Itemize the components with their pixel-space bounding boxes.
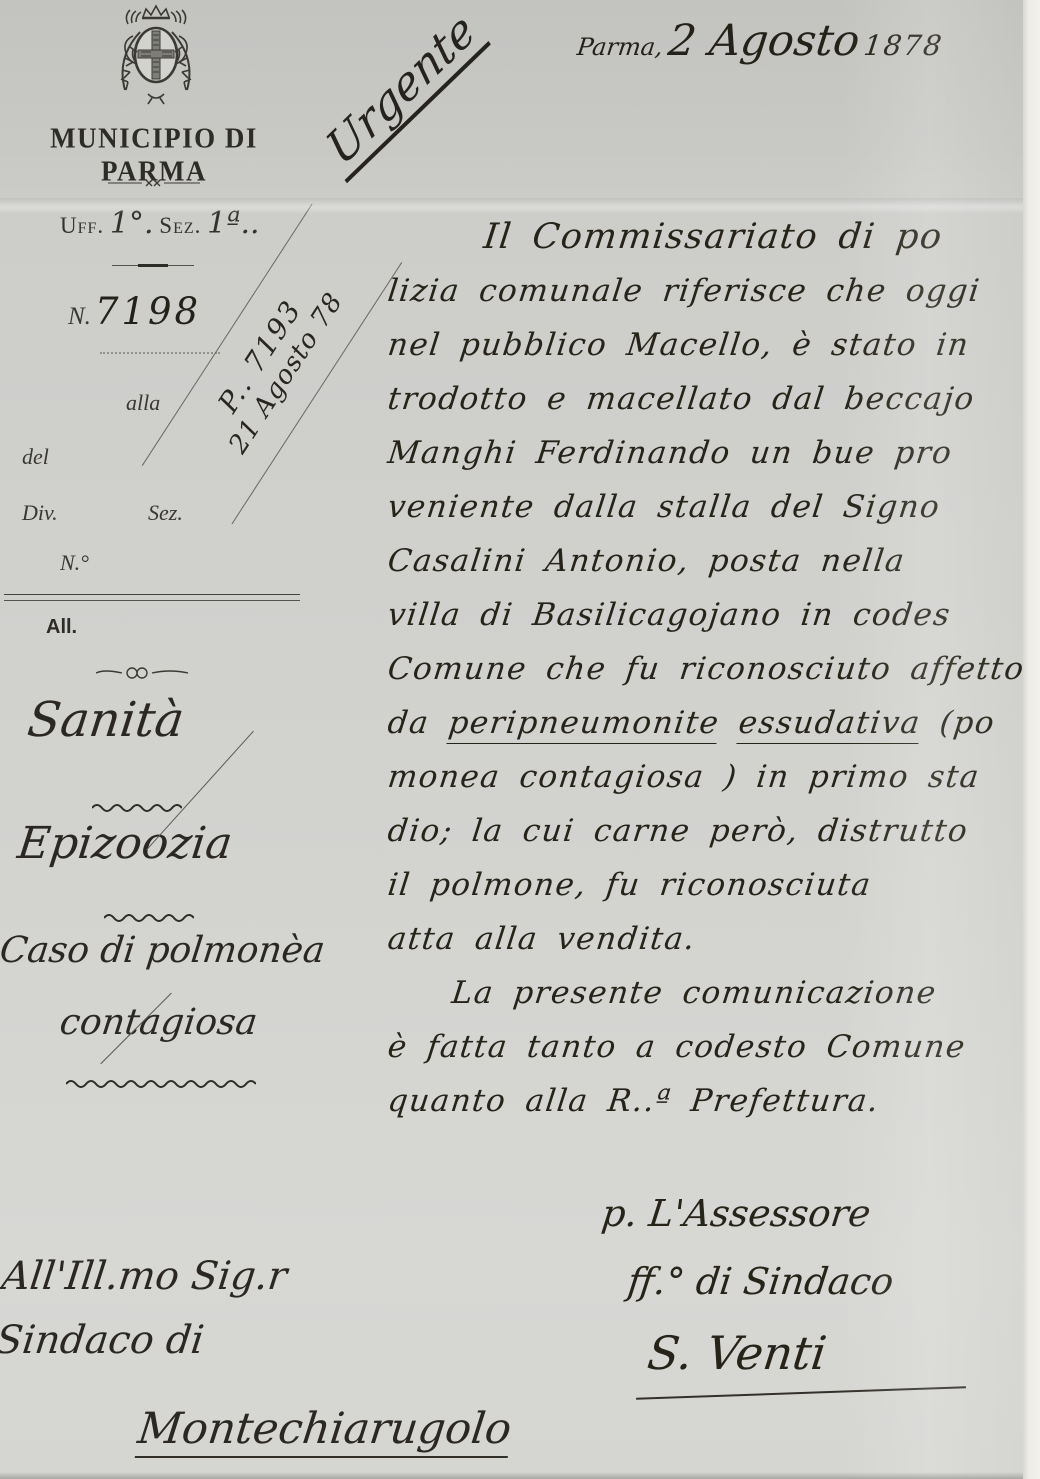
body-line: atta alla vendita. bbox=[385, 912, 1040, 966]
dateline: Parma, 2 Agosto 1878 bbox=[575, 16, 947, 66]
office-section-row: Uff. 1°. Sez. 1ª.. bbox=[60, 206, 260, 241]
ref-field-alla: alla bbox=[126, 390, 160, 416]
body-text-segment: monea contagiosa ) in primo sta bbox=[386, 759, 982, 795]
body-text-segment: Casalini Antonio, posta nella bbox=[386, 543, 908, 579]
ref-field-sez: Sez. bbox=[148, 500, 183, 526]
subject-underline-squiggle-icon bbox=[92, 800, 182, 818]
body-text-segment: nel pubblico Macello, è stato in bbox=[386, 327, 972, 363]
protocol-dotted-rule bbox=[100, 352, 220, 354]
subject-divider-ornament-icon bbox=[96, 666, 188, 685]
protocol-label: N. bbox=[68, 303, 91, 330]
ref-field-del: del bbox=[22, 444, 49, 470]
scanned-letter-page: MUNICIPIO DI PARMA Uff. 1°. Sez. 1ª.. N.… bbox=[0, 0, 1040, 1479]
body-line: nel pubblico Macello, è stato in bbox=[385, 318, 1040, 372]
body-text-segment: è fatta tanto a codesto Comune bbox=[386, 1029, 968, 1065]
body-text-segment: lizia comunale riferisce che oggi bbox=[386, 273, 983, 309]
body-text-segment: Manghi Ferdinando un bue pro bbox=[386, 435, 955, 471]
body-line: dio; la cui carne però, distrutto bbox=[385, 804, 1040, 858]
body-line: Comune che fu riconosciuto affetto bbox=[385, 642, 1040, 696]
body-underlined-term: essudativa bbox=[736, 705, 923, 744]
body-text-segment: il polmone, fu riconosciuta bbox=[386, 867, 874, 903]
urgent-annotation: Urgente bbox=[313, 0, 491, 183]
body-line: da peripneumonite essudativa (po bbox=[385, 696, 1040, 750]
body-line: lizia comunale riferisce che oggi bbox=[385, 264, 1040, 318]
body-line: Il Commissariato di po bbox=[385, 210, 1040, 264]
ref-field-div: Div. bbox=[22, 500, 58, 526]
dateline-place: Parma, bbox=[576, 33, 665, 61]
body-line: quanto alla R..ª Prefettura. bbox=[385, 1074, 1040, 1128]
registry-annotation: P.. 7193 21 Agosto 78 bbox=[142, 204, 403, 524]
subject-line-epizoozia: Epizoozia bbox=[15, 818, 235, 869]
signature-role-line: p. L'Assessore bbox=[599, 1192, 873, 1235]
uff-value: 1°. bbox=[110, 206, 154, 241]
signature-name: S. Venti bbox=[645, 1326, 830, 1380]
subject-underline-squiggle-icon bbox=[104, 910, 194, 928]
uff-label: Uff. bbox=[60, 213, 104, 238]
subject-line-caso: Caso di polmonèa bbox=[0, 930, 327, 971]
dateline-day-month: 2 Agosto bbox=[666, 16, 863, 66]
body-line: villa di Basilicagojano in codes bbox=[385, 588, 1040, 642]
body-text-segment: La presente comunicazione bbox=[450, 975, 939, 1011]
body-line: monea contagiosa ) in primo sta bbox=[385, 750, 1040, 804]
scan-bottom-edge bbox=[0, 1472, 1023, 1479]
body-text-segment: Il Commissariato di po bbox=[482, 217, 946, 257]
sez-label: Sez. bbox=[159, 213, 201, 238]
body-line: veniente dalla stalla del Signo bbox=[385, 480, 1040, 534]
signature-flourish-underline bbox=[636, 1386, 966, 1400]
body-line: Casalini Antonio, posta nella bbox=[385, 534, 1040, 588]
body-text-segment: quanto alla R..ª Prefettura. bbox=[386, 1083, 882, 1119]
ref-field-n: N.° bbox=[60, 550, 89, 576]
body-underlined-term: peripneumonite bbox=[446, 705, 722, 744]
body-text-segment: Comune che fu riconosciuto affetto bbox=[386, 651, 1027, 687]
signature-function-line: ff.° di Sindaco bbox=[625, 1260, 896, 1303]
body-line: è fatta tanto a codesto Comune bbox=[385, 1020, 1040, 1074]
ref-field-all: All. bbox=[46, 616, 77, 639]
left-column-double-rule bbox=[4, 594, 300, 601]
parma-coat-of-arms-icon bbox=[108, 2, 204, 113]
subject-underline-squiggle-icon bbox=[66, 1076, 256, 1094]
sez-value: 1ª.. bbox=[207, 206, 259, 241]
protocol-number: 7198 bbox=[95, 290, 201, 333]
body-line: Manghi Ferdinando un bue pro bbox=[385, 426, 1040, 480]
body-line: trodotto e macellato dal beccajo bbox=[385, 372, 1040, 426]
subject-line-contagiosa: contagiosa bbox=[57, 1002, 259, 1043]
dateline-year: 1878 bbox=[862, 29, 945, 62]
body-text-segment: atta alla vendita. bbox=[386, 921, 698, 957]
addressee-place: Montechiarugolo bbox=[135, 1404, 514, 1458]
body-text-segment: (po bbox=[918, 705, 997, 741]
addressee-honorific: All'Ill.mo Sig.r bbox=[0, 1254, 289, 1299]
letterhead-divider-ornament-icon bbox=[108, 176, 200, 194]
body-text-segment: dio; la cui carne però, distrutto bbox=[386, 813, 971, 849]
addressee-title: Sindaco di bbox=[0, 1318, 206, 1363]
body-text-segment: villa di Basilicagojano in codes bbox=[386, 597, 953, 633]
body-line: La presente comunicazione bbox=[385, 966, 1040, 1020]
office-row-rule bbox=[112, 264, 194, 268]
subject-line-sanita: Sanità bbox=[25, 692, 188, 748]
body-text-segment: da bbox=[386, 705, 451, 741]
scanner-edge-strip bbox=[1023, 0, 1040, 1479]
protocol-number-row: N. 7198 bbox=[68, 290, 201, 333]
body-lines: Il Commissariato di polizia comunale rif… bbox=[388, 210, 1038, 1128]
body-line: il polmone, fu riconosciuta bbox=[385, 858, 1040, 912]
body-text-segment: veniente dalla stalla del Signo bbox=[386, 489, 943, 525]
body-text-segment: trodotto e macellato dal beccajo bbox=[386, 381, 977, 417]
